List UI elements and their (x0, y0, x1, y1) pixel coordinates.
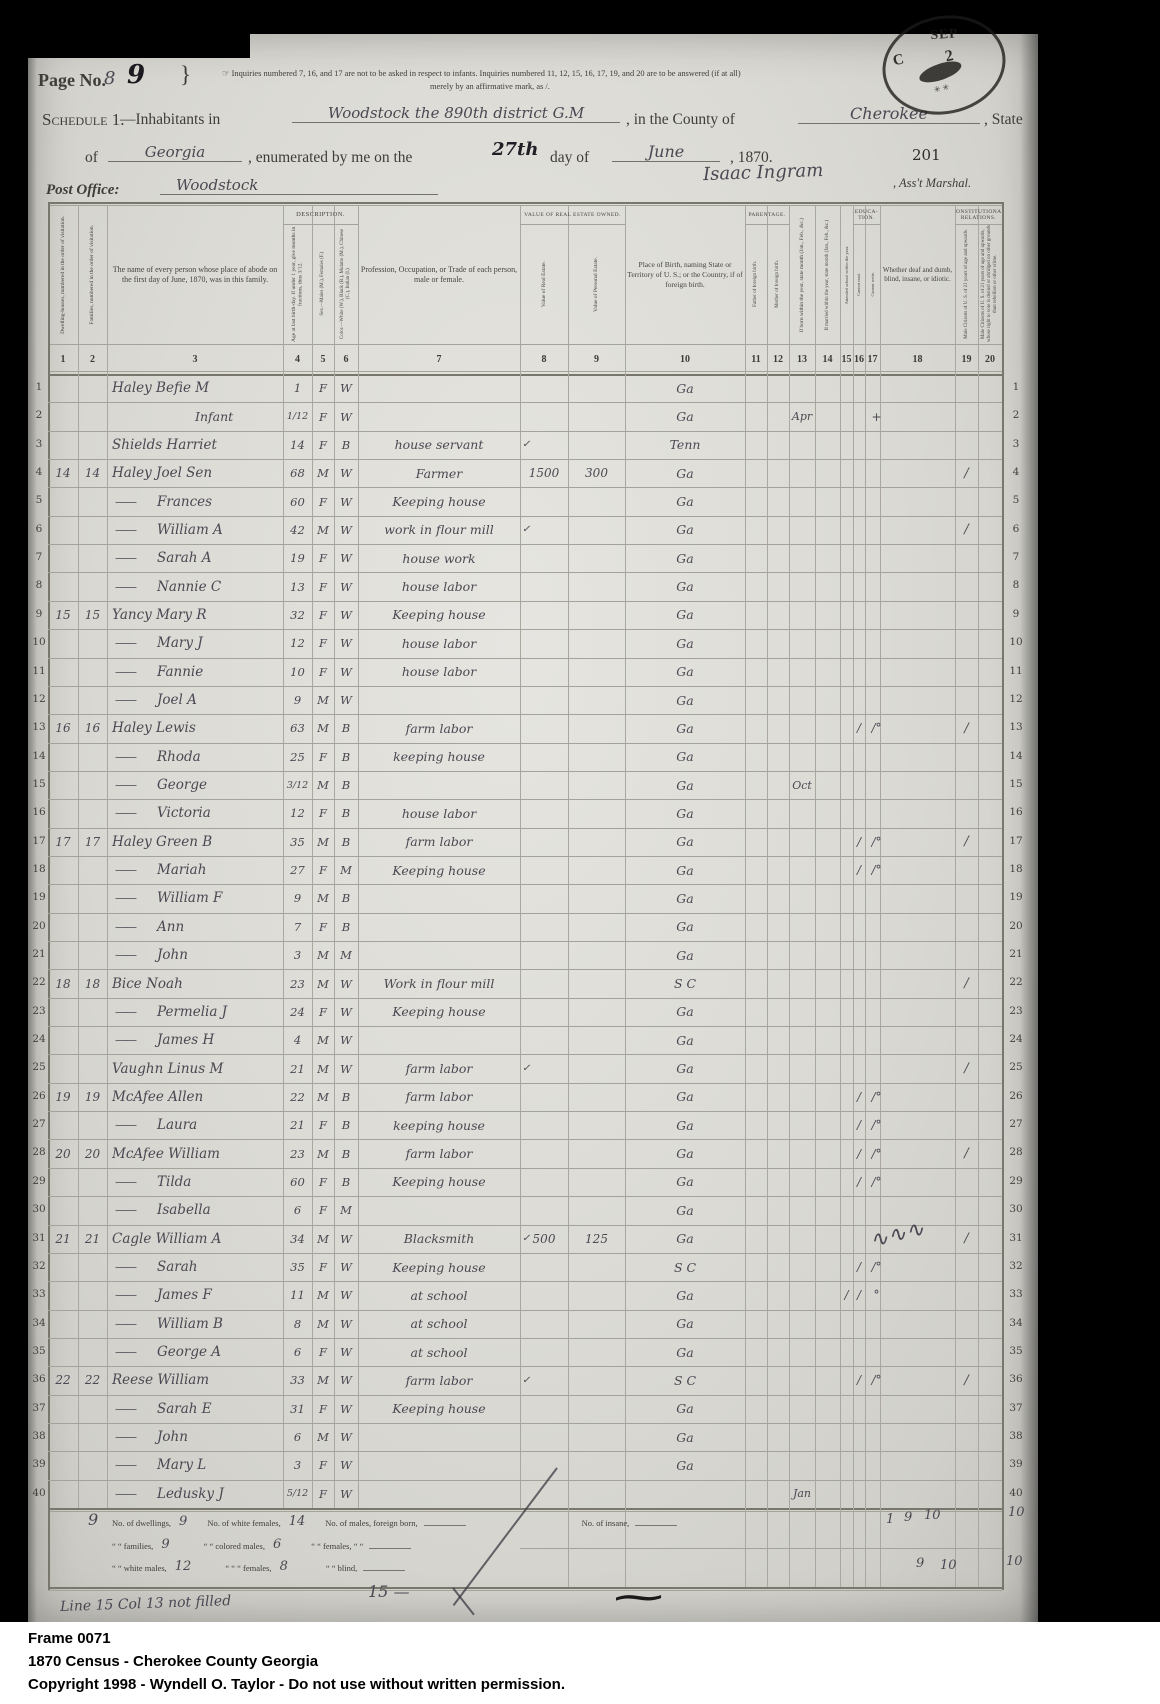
table-cell: house labor (358, 629, 520, 657)
row-number-left: 19 (29, 891, 49, 903)
person-name: Joel A (157, 686, 197, 714)
row-number-left: 36 (29, 1373, 49, 1385)
table-cell: 32 (283, 601, 312, 629)
table-cell: B (334, 1083, 358, 1111)
ditto-dash: —— (115, 1423, 151, 1451)
row-number-right: 20 (1006, 920, 1026, 932)
column-header-text: Attended school within the year. (844, 246, 849, 304)
row-number-right: 13 (1006, 721, 1026, 733)
table-cell: M (312, 714, 334, 742)
table-cell: Keeping house (358, 856, 520, 884)
tally-mark: /° (865, 856, 888, 884)
row-number-right: 23 (1006, 1005, 1026, 1017)
footer-blank (424, 1525, 466, 1526)
ditto-dash: —— (115, 686, 151, 714)
page-number-value-b: 9 (127, 60, 145, 90)
caption-title: 1870 Census - Cherokee County Georgia (28, 1653, 318, 1670)
table-cell: M (312, 1310, 334, 1338)
table-cell: Ga (625, 799, 745, 827)
footer-blank (369, 1548, 411, 1549)
row-number-right: 37 (1006, 1402, 1026, 1414)
table-cell: F (312, 1253, 334, 1281)
footer-blank (635, 1525, 677, 1526)
ditto-dash: —— (115, 1338, 151, 1366)
ditto-dash: —— (115, 629, 151, 657)
table-cell: W (334, 402, 358, 430)
ditto-dash: —— (115, 1026, 151, 1054)
table-cell: 19 (283, 544, 312, 572)
post-office-field: Woodstock (160, 176, 438, 195)
column-group-header: CONSTITUTIONAL RELATIONS. (955, 206, 1002, 224)
table-cell: / (955, 1366, 978, 1394)
person-name: Ledusky J (157, 1480, 224, 1508)
row-number-left: 29 (29, 1175, 49, 1187)
column-header-text: Profession, Occupation, or Trade of each… (358, 263, 520, 288)
table-cell: 20 (48, 1139, 78, 1167)
column-header: Whether deaf and dumb, blind, insane, or… (880, 206, 955, 344)
table-cell: Ga (625, 1083, 745, 1111)
row-number-right: 30 (1006, 1203, 1026, 1215)
table-cell: Ga (625, 1054, 745, 1082)
row-number-left: 35 (29, 1345, 49, 1357)
table-cell: 6 (283, 1423, 312, 1451)
table-cell: Ga (625, 487, 745, 515)
day-field: 27th (492, 139, 538, 160)
table-cell: / (955, 1225, 978, 1253)
table-cell: 6 (283, 1338, 312, 1366)
column-number: 18 (880, 344, 955, 374)
row-number-right: 7 (1006, 551, 1026, 563)
table-cell: Ga (625, 1139, 745, 1167)
column-header-text: Male Citizens of U. S. of 21 years of ag… (964, 229, 970, 339)
table-cell: 4 (283, 1026, 312, 1054)
table-cell: B (334, 913, 358, 941)
table-cell: M (312, 1139, 334, 1167)
table-cell: Keeping house (358, 487, 520, 515)
column-number: 2 (78, 344, 107, 374)
row-number-right: 24 (1006, 1033, 1026, 1045)
tally-mark: /° (865, 1139, 888, 1167)
table-cell: M (334, 1196, 358, 1224)
column-header-text: Father of foreign birth. (753, 261, 759, 307)
table-rule (48, 1587, 1002, 1589)
table-cell: 125 (568, 1225, 625, 1253)
table-cell: B (334, 771, 358, 799)
table-cell: 23 (283, 969, 312, 997)
column-header: Father of foreign birth. (745, 224, 767, 344)
table-cell: 21 (78, 1225, 107, 1253)
row-number-right: 11 (1006, 665, 1026, 677)
row-number-right: 17 (1006, 835, 1026, 847)
ditto-dash: —— (115, 1168, 151, 1196)
row-number-right: 40 (1006, 1487, 1026, 1499)
person-name: Isabella (157, 1196, 211, 1224)
row-number-left: 10 (29, 636, 49, 648)
column-number: 12 (767, 344, 789, 374)
column-number: 6 (334, 344, 358, 374)
table-cell: W (334, 516, 358, 544)
table-cell: Ga (625, 743, 745, 771)
table-cell: Ga (625, 516, 745, 544)
column-number: 9 (568, 344, 625, 374)
table-cell: 42 (283, 516, 312, 544)
tick-mark: ✓ (522, 516, 534, 544)
table-cell: / (853, 856, 865, 884)
table-cell: F (312, 1168, 334, 1196)
table-cell: 14 (48, 459, 78, 487)
footer-blank (363, 1570, 405, 1571)
row-number-right: 8 (1006, 579, 1026, 591)
table-cell: W (334, 629, 358, 657)
ditto-dash: —— (115, 1395, 151, 1423)
row-number-right: 39 (1006, 1458, 1026, 1470)
table-cell: F (312, 799, 334, 827)
table-cell: Ga (625, 402, 745, 430)
table-cell: 22 (283, 1083, 312, 1111)
table-cell: Tenn (625, 431, 745, 459)
table-cell: Work in flour mill (358, 969, 520, 997)
table-cell: Ga (625, 714, 745, 742)
column-number: 4 (283, 344, 312, 374)
table-rule (48, 941, 1002, 942)
table-rule (978, 206, 979, 1508)
table-cell: 16 (48, 714, 78, 742)
column-group-header: EDUCA- TION. (853, 206, 880, 224)
of-label: of (85, 149, 98, 167)
row-number-left: 22 (29, 976, 49, 988)
row-number-left: 11 (29, 665, 49, 677)
table-cell: S C (625, 969, 745, 997)
table-cell: Ga (625, 1395, 745, 1423)
table-cell: Keeping house (358, 1395, 520, 1423)
person-name: Laura (157, 1111, 197, 1139)
tally-mark: /° (865, 714, 888, 742)
row-number-left: 31 (29, 1232, 49, 1244)
row-number-right: 35 (1006, 1345, 1026, 1357)
row-number-left: 37 (29, 1402, 49, 1414)
column-number: 13 (789, 344, 815, 374)
table-cell: W (334, 1253, 358, 1281)
column-number: 1 (48, 344, 78, 374)
footer-left-mark: 9 (88, 1510, 98, 1529)
row-number-right: 4 (1006, 466, 1026, 478)
table-cell: 13 (283, 572, 312, 600)
marshal-title: , Ass't Marshal. (893, 176, 971, 191)
table-cell: Ga (625, 686, 745, 714)
table-cell: house labor (358, 799, 520, 827)
table-rule (568, 206, 569, 1508)
table-cell: farm labor (358, 1083, 520, 1111)
table-cell: F (312, 601, 334, 629)
table-cell: 300 (568, 459, 625, 487)
table-rule (48, 969, 1002, 970)
table-rule (815, 206, 816, 1508)
row-number-left: 13 (29, 721, 49, 733)
row-number-right: 18 (1006, 863, 1026, 875)
table-cell: 15 (48, 601, 78, 629)
table-cell: W (334, 572, 358, 600)
table-rule (78, 206, 79, 1508)
table-cell: M (312, 1225, 334, 1253)
margin-note: 15 — (368, 1582, 409, 1601)
table-cell: W (334, 1026, 358, 1054)
table-rule (48, 402, 1002, 403)
column-header: If married within the year, state month … (815, 206, 840, 344)
ditto-dash: —— (115, 544, 151, 572)
column-number: 5 (312, 344, 334, 374)
ditto-dash: —— (115, 941, 151, 969)
table-cell: W (334, 1281, 358, 1309)
person-name: Bice Noah (112, 969, 183, 997)
column-header-text: Whether deaf and dumb, blind, insane, or… (880, 264, 955, 286)
stamp-stars: ✳ ✳ (933, 83, 950, 95)
table-cell: M (312, 884, 334, 912)
table-cell: W (334, 1395, 358, 1423)
table-cell: W (334, 1423, 358, 1451)
day-of-label: day of (550, 149, 589, 167)
column-header: Value of Personal Estate. (568, 224, 625, 344)
table-cell: at school (358, 1310, 520, 1338)
person-name: Haley Joel Sen (112, 459, 212, 487)
person-name: Haley Lewis (112, 714, 196, 742)
table-cell: M (312, 1423, 334, 1451)
table-cell: farm labor (358, 1054, 520, 1082)
person-name: George A (157, 1338, 221, 1366)
row-number-right: 3 (1006, 438, 1026, 450)
column-header: If born within the year, state month (Ja… (789, 206, 815, 344)
person-name: Permelia J (157, 998, 227, 1026)
table-cell: Ga (625, 1111, 745, 1139)
person-name: James H (157, 1026, 214, 1054)
schedule-label: Schedule 1. (42, 110, 124, 130)
footer-label: “ “ “ females, (225, 1563, 271, 1573)
table-cell: 9 (283, 686, 312, 714)
row-number-right: 36 (1006, 1373, 1026, 1385)
row-number-left: 39 (29, 1458, 49, 1470)
table-cell: F (312, 487, 334, 515)
table-cell: 35 (283, 828, 312, 856)
footer-count: 9 (161, 1537, 169, 1552)
column-number: 7 (358, 344, 520, 374)
column-header-text: Color.—White (W.), Black (B.), Mulatto (… (340, 224, 352, 344)
table-cell: keeping house (358, 1111, 520, 1139)
table-cell: M (312, 459, 334, 487)
table-rule (1002, 202, 1004, 1590)
footer-pencil-mark: 9 (916, 1556, 924, 1571)
column-header: Male Citizens of U. S. of 21 years of ag… (978, 224, 1002, 344)
table-cell: 3 (283, 1451, 312, 1479)
table-cell: keeping house (358, 743, 520, 771)
table-rule (767, 206, 768, 1508)
row-number-left: 5 (29, 494, 49, 506)
footer-totals-row: No. of dwellings,9No. of white females,1… (112, 1515, 992, 1530)
column-header-text: Age at last birth-day. If under 1 year, … (291, 224, 304, 344)
table-cell: Ga (625, 1225, 745, 1253)
row-number-right: 25 (1006, 1061, 1026, 1073)
table-cell: Oct (789, 771, 815, 799)
person-name: Mary L (157, 1451, 206, 1479)
row-number-right: 22 (1006, 976, 1026, 988)
person-name: Mary J (157, 629, 203, 657)
table-cell: M (312, 941, 334, 969)
person-name: Tilda (157, 1168, 191, 1196)
table-cell: B (334, 1139, 358, 1167)
table-cell: W (334, 1451, 358, 1479)
table-cell: F (312, 1111, 334, 1139)
row-number-left: 40 (29, 1487, 49, 1499)
table-cell: 15 (78, 601, 107, 629)
table-rule (48, 1590, 1002, 1591)
table-cell: / (955, 1139, 978, 1167)
column-header: Attended school within the year. (840, 206, 853, 344)
table-cell: F (312, 374, 334, 402)
column-header-text: Dwelling-houses, numbered in the order o… (60, 216, 66, 334)
row-number-left: 3 (29, 438, 49, 450)
table-cell: Ga (625, 544, 745, 572)
person-name: Fannie (157, 658, 203, 686)
row-number-left: 15 (29, 778, 49, 790)
table-cell: B (334, 743, 358, 771)
table-cell: Ga (625, 1026, 745, 1054)
footer-label: No. of white females, (207, 1518, 280, 1528)
column-number: 16 (853, 344, 865, 374)
person-name: Sarah E (157, 1395, 212, 1423)
table-cell: M (312, 686, 334, 714)
footer-count: 9 (179, 1514, 187, 1529)
row-number-left: 18 (29, 863, 49, 875)
ditto-dash: —— (115, 1196, 151, 1224)
person-name: Reese William (112, 1366, 209, 1394)
table-cell: / (853, 714, 865, 742)
column-group-header: VALUE OF REAL ESTATE OWNED. (520, 206, 625, 224)
table-cell: W (334, 1054, 358, 1082)
state-field: Georgia (108, 143, 242, 162)
column-header-text: Mother of foreign birth. (775, 260, 781, 308)
table-cell: 21 (48, 1225, 78, 1253)
enumerated-label: , enumerated by me on the (248, 149, 412, 167)
ditto-dash: —— (115, 1451, 151, 1479)
column-group-header: DESCRIPTION. (283, 206, 358, 224)
row-number-right: 14 (1006, 750, 1026, 762)
table-cell: M (312, 969, 334, 997)
ditto-dash: —— (115, 884, 151, 912)
table-cell: / (840, 1281, 853, 1309)
table-cell: 31 (283, 1395, 312, 1423)
column-header: The name of every person whose place of … (107, 206, 283, 344)
table-cell: 17 (78, 828, 107, 856)
table-cell: 11 (283, 1281, 312, 1309)
table-cell: / (853, 1083, 865, 1111)
table-cell: W (334, 487, 358, 515)
footer-label: No. of insane, (582, 1518, 630, 1528)
table-cell: 6 (283, 1196, 312, 1224)
table-cell: F (312, 402, 334, 430)
table-cell: Ga (625, 771, 745, 799)
person-name: Victoria (157, 799, 211, 827)
table-cell: / (955, 969, 978, 997)
tally-mark: /° (865, 1366, 888, 1394)
person-name: McAfee William (112, 1139, 220, 1167)
table-cell: 8 (283, 1310, 312, 1338)
table-cell: 500 (520, 1225, 568, 1253)
row-number-left: 38 (29, 1430, 49, 1442)
tick-mark: ✓ (522, 1054, 534, 1082)
row-number-right: 29 (1006, 1175, 1026, 1187)
person-name: Nannie C (157, 572, 221, 600)
ditto-dash: —— (115, 799, 151, 827)
table-cell: F (312, 913, 334, 941)
table-cell: B (334, 431, 358, 459)
district-field: Woodstock the 890th district G.M (292, 104, 620, 123)
table-cell: M (312, 1083, 334, 1111)
row-number-right: 31 (1006, 1232, 1026, 1244)
footer-totals-row: “ “ families,9“ “ colored males,6“ “ fem… (112, 1538, 992, 1553)
table-cell: B (334, 1111, 358, 1139)
table-cell: 33 (283, 1366, 312, 1394)
row-number-right: 21 (1006, 948, 1026, 960)
caption-frame: Frame 0071 (28, 1630, 111, 1647)
schedule-inhabitants-label: —Inhabitants in (120, 111, 220, 129)
column-header: Families, numbered in the order of visit… (78, 206, 107, 344)
column-number: 17 (865, 344, 880, 374)
footer-pencil-mark: 1 (886, 1512, 894, 1527)
table-cell: Ga (625, 941, 745, 969)
table-cell: W (334, 998, 358, 1026)
row-number-left: 34 (29, 1317, 49, 1329)
person-name: Shields Harriet (112, 431, 217, 459)
table-cell: 5/12 (283, 1480, 312, 1508)
table-cell: Ga (625, 658, 745, 686)
table-cell: 16 (78, 714, 107, 742)
ditto-dash: —— (115, 1253, 151, 1281)
table-cell: W (334, 601, 358, 629)
table-cell: B (334, 828, 358, 856)
table-cell: 1500 (520, 459, 568, 487)
brace-glyph: } (180, 62, 191, 88)
table-cell: Ga (625, 1168, 745, 1196)
table-cell: F (312, 544, 334, 572)
footer-count: 14 (289, 1514, 306, 1529)
table-cell: 24 (283, 998, 312, 1026)
table-cell: 27 (283, 856, 312, 884)
table-cell: / (853, 1168, 865, 1196)
table-cell: / (853, 1366, 865, 1394)
table-cell: B (334, 884, 358, 912)
column-number: 10 (625, 344, 745, 374)
row-number-left: 27 (29, 1118, 49, 1130)
ditto-dash: —— (115, 658, 151, 686)
row-number-right: 34 (1006, 1317, 1026, 1329)
table-cell: 12 (283, 629, 312, 657)
row-number-right: 6 (1006, 523, 1026, 535)
table-cell: F (312, 1338, 334, 1366)
footer-count: 12 (175, 1559, 192, 1574)
table-cell: Keeping house (358, 1168, 520, 1196)
table-cell: 19 (48, 1083, 78, 1111)
person-name: William F (157, 884, 222, 912)
row-number-left: 33 (29, 1288, 49, 1300)
table-cell: farm labor (358, 1366, 520, 1394)
table-cell: 25 (283, 743, 312, 771)
row-number-left: 7 (29, 551, 49, 563)
table-cell: S C (625, 1253, 745, 1281)
row-number-left: 21 (29, 948, 49, 960)
tally-mark: /° (865, 1111, 888, 1139)
table-rule (745, 206, 746, 1508)
footer-pencil-mark: 10 (1006, 1554, 1023, 1569)
person-name: Ann (157, 913, 184, 941)
person-name: William B (157, 1310, 223, 1338)
